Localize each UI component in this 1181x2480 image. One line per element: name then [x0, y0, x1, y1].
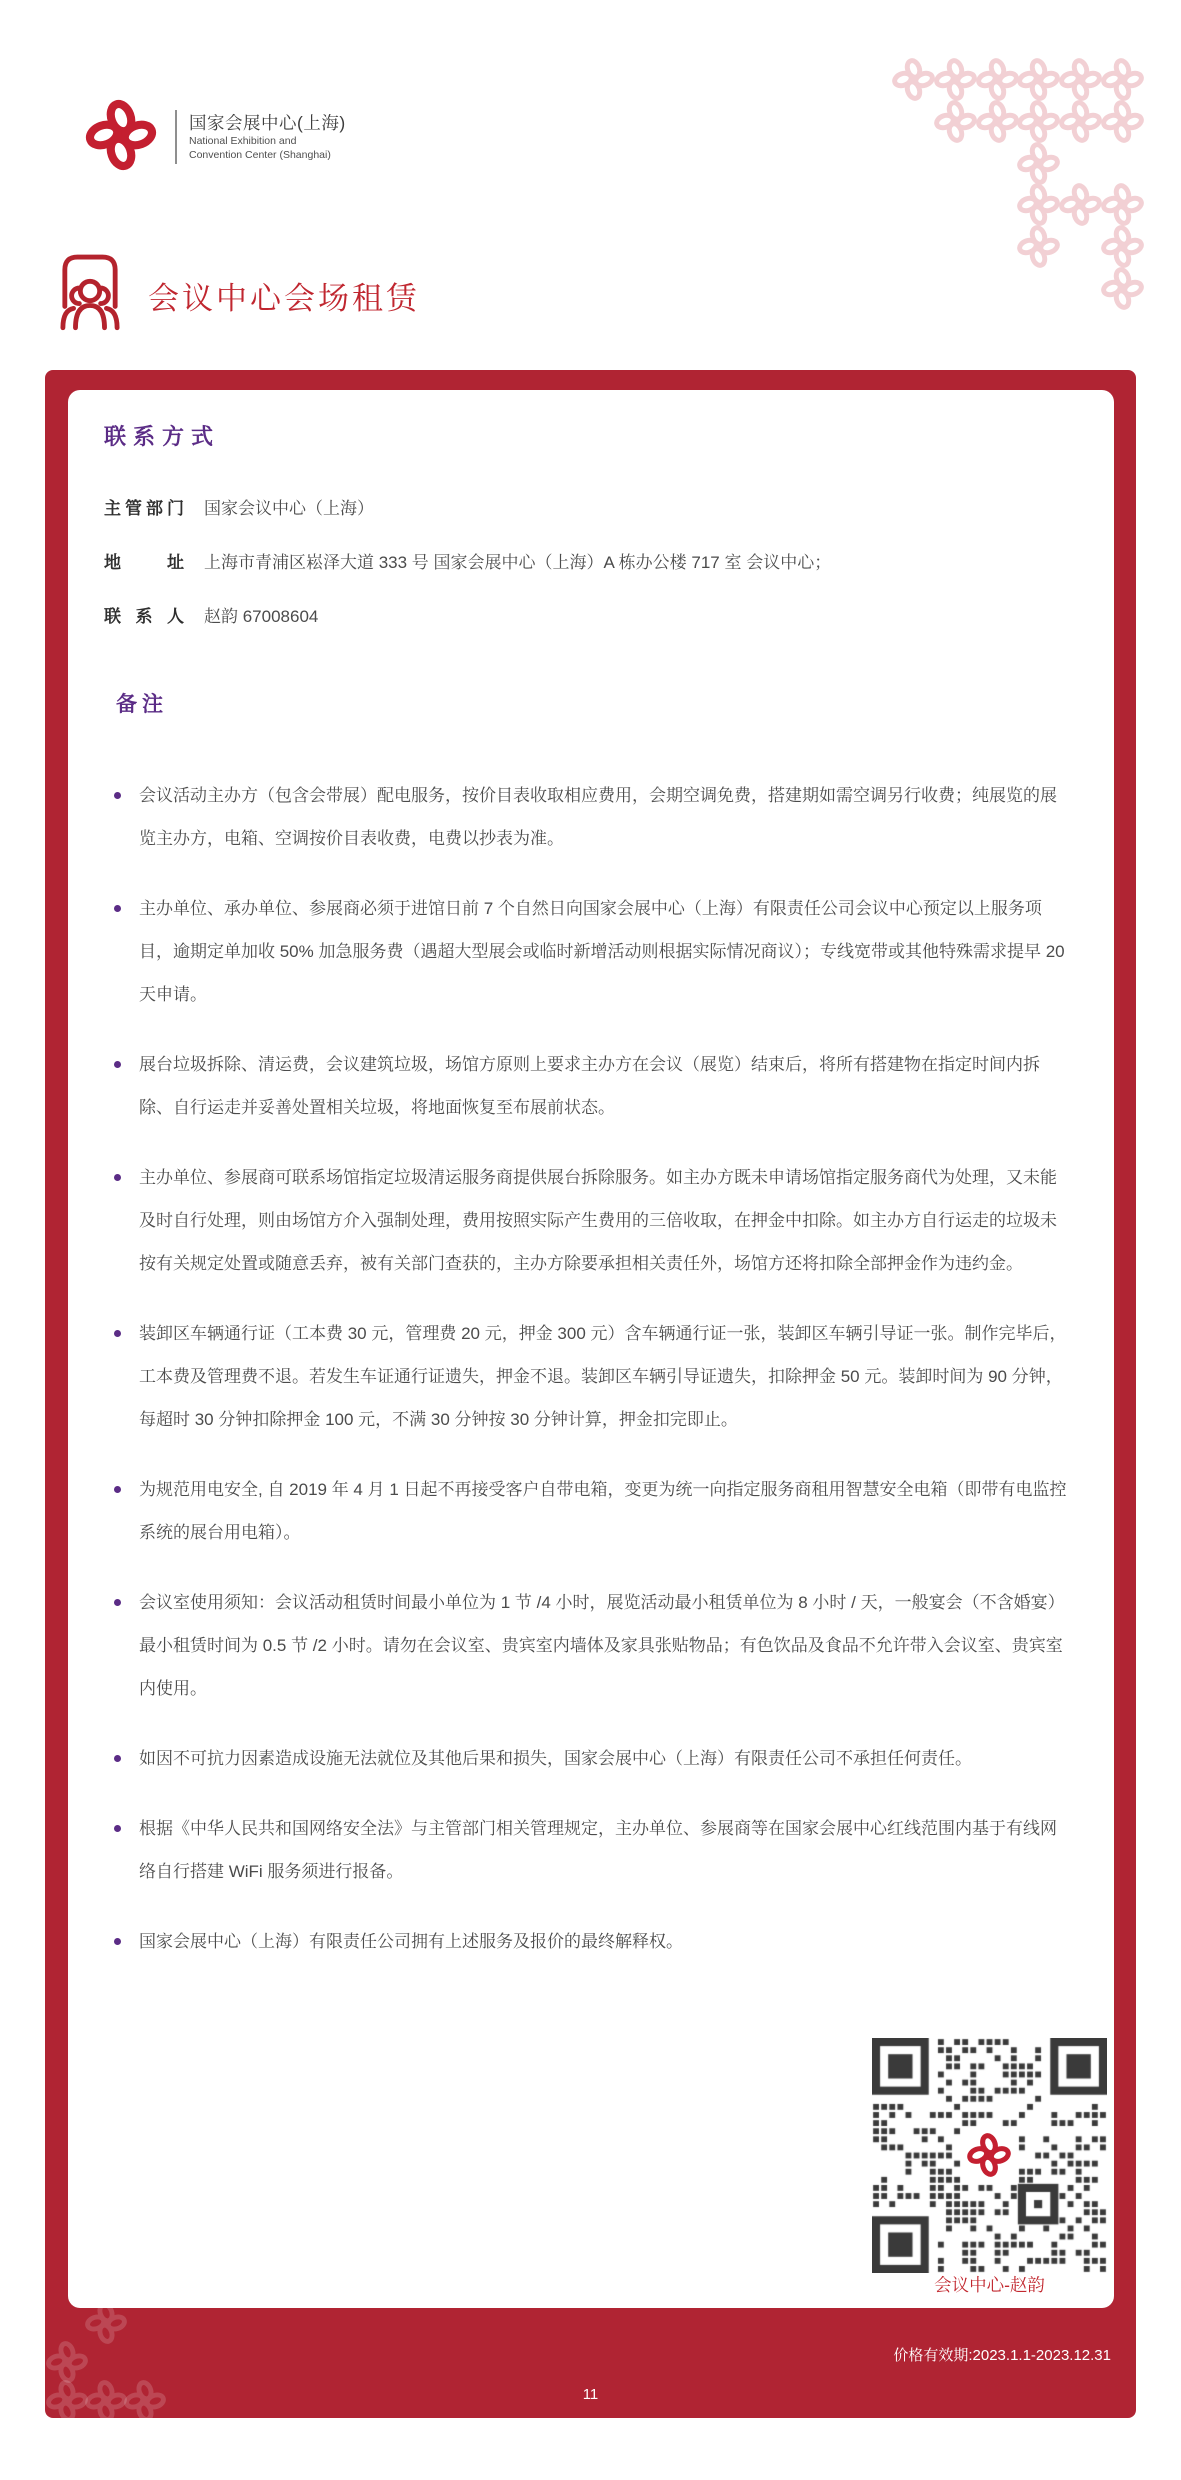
- bullet-dot: [114, 1755, 121, 1762]
- logo-divider: [175, 110, 177, 164]
- bullet-dot: [114, 1825, 121, 1832]
- note-item: 展台垃圾拆除、清运费，会议建筑垃圾，场馆方原则上要求主办方在会议（展览）结束后，…: [112, 1043, 1072, 1129]
- note-item: 会议活动主办方（包含会带展）配电服务，按价目表收取相应费用，会期空调免费，搭建期…: [112, 774, 1072, 860]
- note-item: 为规范用电安全, 自 2019 年 4 月 1 日起不再接受客户自带电箱，变更为…: [112, 1468, 1072, 1554]
- contact-row-address: 地址上海市青浦区崧泽大道 333 号 国家会展中心（上海）A 栋办公楼 717 …: [104, 541, 1076, 584]
- bullet-dot: [114, 1061, 121, 1068]
- notes-list: 会议活动主办方（包含会带展）配电服务，按价目表收取相应费用，会期空调免费，搭建期…: [112, 774, 1072, 1963]
- contact-row-person: 联系人赵韵 67008604: [104, 595, 1076, 638]
- note-text: 会议活动主办方（包含会带展）配电服务，按价目表收取相应费用，会期空调免费，搭建期…: [139, 786, 1057, 848]
- note-text: 装卸区车辆通行证（工本费 30 元，管理费 20 元，押金 300 元）含车辆通…: [139, 1324, 1067, 1429]
- note-text: 主办单位、参展商可联系场馆指定垃圾清运服务商提供展台拆除服务。如主办方既未申请场…: [139, 1168, 1057, 1273]
- contact-row-department: 主管部门国家会议中心（上海）: [104, 487, 1076, 530]
- page-number: 11: [45, 2386, 1136, 2403]
- note-text: 根据《中华人民共和国网络安全法》与主管部门相关管理规定，主办单位、参展商等在国家…: [139, 1819, 1057, 1881]
- note-item: 国家会展中心（上海）有限责任公司拥有上述服务及报价的最终解释权。: [112, 1920, 1072, 1963]
- contact-section-heading: 联系方式: [104, 420, 1076, 451]
- necc-flower-logo-icon: [84, 98, 158, 172]
- qr-caption: 会议中心-赵韵: [852, 2272, 1127, 2297]
- note-text: 主办单位、承办单位、参展商必须于进馆日前 7 个自然日向国家会展中心（上海）有限…: [139, 899, 1065, 1004]
- contact-value: 上海市青浦区崧泽大道 333 号 国家会展中心（上海）A 栋办公楼 717 室 …: [204, 553, 831, 572]
- note-item: 会议室使用须知：会议活动租赁时间最小单位为 1 节 /4 小时，展览活动最小租赁…: [112, 1581, 1072, 1710]
- meeting-room-icon: [60, 248, 120, 332]
- logo-title-en-line1: National Exhibition and: [189, 135, 296, 147]
- page-title: 会议中心会场租赁: [148, 273, 420, 318]
- contact-label: 地址: [104, 541, 184, 584]
- contact-label: 主管部门: [104, 487, 184, 530]
- note-item: 根据《中华人民共和国网络安全法》与主管部门相关管理规定，主办单位、参展商等在国家…: [112, 1807, 1072, 1893]
- bullet-dot: [114, 1599, 121, 1606]
- bullet-dot: [114, 1174, 121, 1181]
- contact-label: 联系人: [104, 595, 184, 638]
- logo-title-zh: 国家会展中心(上海): [189, 110, 346, 135]
- bullet-dot: [114, 905, 121, 912]
- bullet-dot: [114, 1330, 121, 1337]
- note-item: 主办单位、承办单位、参展商必须于进馆日前 7 个自然日向国家会展中心（上海）有限…: [112, 887, 1072, 1016]
- contact-value: 国家会议中心（上海）: [204, 499, 374, 518]
- note-text: 为规范用电安全, 自 2019 年 4 月 1 日起不再接受客户自带电箱，变更为…: [139, 1480, 1067, 1542]
- note-item: 装卸区车辆通行证（工本费 30 元，管理费 20 元，押金 300 元）含车辆通…: [112, 1312, 1072, 1441]
- document-page: 国家会展中心(上海) National Exhibition and Conve…: [0, 0, 1181, 2480]
- note-text: 展台垃圾拆除、清运费，会议建筑垃圾，场馆方原则上要求主办方在会议（展览）结束后，…: [139, 1055, 1040, 1117]
- note-text: 会议室使用须知：会议活动租赁时间最小单位为 1 节 /4 小时，展览活动最小租赁…: [139, 1593, 1065, 1698]
- note-item: 如因不可抗力因素造成设施无法就位及其他后果和损失，国家会展中心（上海）有限责任公…: [112, 1737, 1072, 1780]
- bullet-dot: [114, 1938, 121, 1945]
- bullet-dot: [114, 792, 121, 799]
- validity-note: 价格有效期:2023.1.1-2023.12.31: [636, 2344, 1111, 2365]
- note-text: 国家会展中心（上海）有限责任公司拥有上述服务及报价的最终解释权。: [139, 1932, 683, 1951]
- contact-value: 赵韵 67008604: [204, 607, 318, 626]
- content-card: 联系方式 主管部门国家会议中心（上海） 地址上海市青浦区崧泽大道 333 号 国…: [68, 390, 1114, 2308]
- logo-title-en-line2: Convention Center (Shanghai): [189, 149, 331, 161]
- bullet-dot: [114, 1486, 121, 1493]
- notes-section-heading: 备注: [116, 688, 1076, 718]
- contact-rows: 主管部门国家会议中心（上海） 地址上海市青浦区崧泽大道 333 号 国家会展中心…: [104, 487, 1076, 638]
- note-text: 如因不可抗力因素造成设施无法就位及其他后果和损失，国家会展中心（上海）有限责任公…: [139, 1749, 972, 1768]
- note-item: 主办单位、参展商可联系场馆指定垃圾清运服务商提供展台拆除服务。如主办方既未申请场…: [112, 1156, 1072, 1285]
- qr-center-flower-logo: [966, 2132, 1012, 2178]
